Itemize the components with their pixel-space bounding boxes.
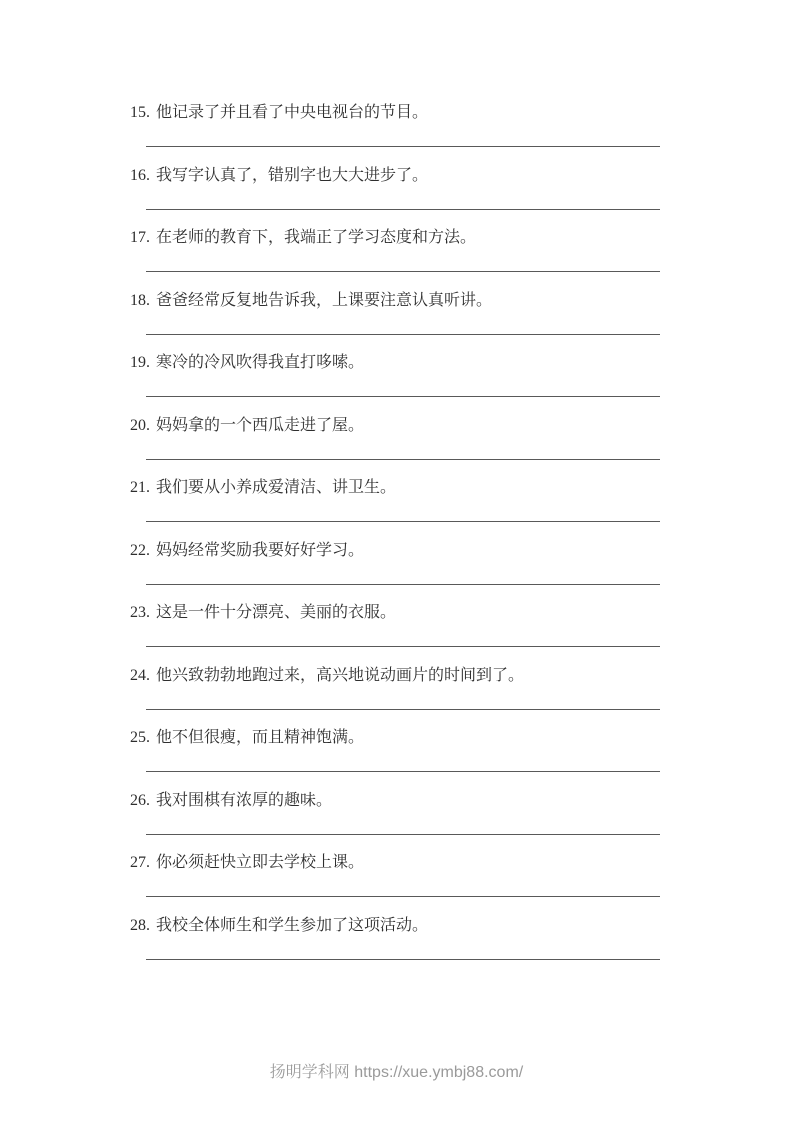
exercise-item: 19.寒冷的冷风吹得我直打哆嗦。 xyxy=(0,353,793,416)
item-number: 25. xyxy=(130,729,150,746)
item-sentence: 妈妈经常奖励我要好好学习。 xyxy=(156,542,364,559)
exercise-item: 20.妈妈拿的一个西瓜走进了屋。 xyxy=(0,416,793,479)
item-sentence: 我校全体师生和学生参加了这项活动。 xyxy=(156,917,428,934)
sentence-text: 21.我们要从小养成爱清洁、讲卫生。 xyxy=(130,478,396,498)
item-number: 21. xyxy=(130,479,150,496)
item-number: 20. xyxy=(130,417,150,434)
item-number: 15. xyxy=(130,104,150,121)
answer-blank-line xyxy=(146,771,660,772)
sentence-text: 25.他不但很瘦，而且精神饱满。 xyxy=(130,728,364,748)
exercise-item: 22.妈妈经常奖励我要好好学习。 xyxy=(0,541,793,604)
exercise-item: 24.他兴致勃勃地跑过来，高兴地说动画片的时间到了。 xyxy=(0,666,793,729)
exercise-item: 26.我对围棋有浓厚的趣味。 xyxy=(0,791,793,854)
item-number: 27. xyxy=(130,854,150,871)
sentence-text: 23.这是一件十分漂亮、美丽的衣服。 xyxy=(130,603,396,623)
item-sentence: 妈妈拿的一个西瓜走进了屋。 xyxy=(156,417,364,434)
answer-blank-line xyxy=(146,896,660,897)
item-number: 22. xyxy=(130,542,150,559)
item-number: 19. xyxy=(130,354,150,371)
exercise-item: 28.我校全体师生和学生参加了这项活动。 xyxy=(0,916,793,979)
sentence-text: 18.爸爸经常反复地告诉我，上课要注意认真听讲。 xyxy=(130,291,492,311)
item-sentence: 他记录了并且看了中央电视台的节目。 xyxy=(156,104,428,121)
sentence-text: 15.他记录了并且看了中央电视台的节目。 xyxy=(130,103,428,123)
sentence-text: 27.你必须赶快立即去学校上课。 xyxy=(130,853,364,873)
sentence-text: 19.寒冷的冷风吹得我直打哆嗦。 xyxy=(130,353,364,373)
item-sentence: 他不但很瘦，而且精神饱满。 xyxy=(156,729,364,746)
sentence-text: 22.妈妈经常奖励我要好好学习。 xyxy=(130,541,364,561)
item-number: 23. xyxy=(130,604,150,621)
exercise-item: 16.我写字认真了，错别字也大大进步了。 xyxy=(0,166,793,229)
exercise-item: 18.爸爸经常反复地告诉我，上课要注意认真听讲。 xyxy=(0,291,793,354)
answer-blank-line xyxy=(146,209,660,210)
sentence-text: 26.我对围棋有浓厚的趣味。 xyxy=(130,791,332,811)
item-number: 16. xyxy=(130,167,150,184)
exercise-item: 15.他记录了并且看了中央电视台的节目。 xyxy=(0,103,793,166)
worksheet-page: 15.他记录了并且看了中央电视台的节目。 16.我写字认真了，错别字也大大进步了… xyxy=(0,0,793,1122)
item-sentence: 他兴致勃勃地跑过来，高兴地说动画片的时间到了。 xyxy=(156,667,524,684)
item-sentence: 我对围棋有浓厚的趣味。 xyxy=(156,792,332,809)
exercise-item: 17.在老师的教育下，我端正了学习态度和方法。 xyxy=(0,228,793,291)
footer-site-url: https://xue.ymbj88.com/ xyxy=(354,1064,523,1081)
answer-blank-line xyxy=(146,709,660,710)
item-sentence: 你必须赶快立即去学校上课。 xyxy=(156,854,364,871)
sentence-text: 24.他兴致勃勃地跑过来，高兴地说动画片的时间到了。 xyxy=(130,666,524,686)
item-sentence: 我写字认真了，错别字也大大进步了。 xyxy=(156,167,428,184)
answer-blank-line xyxy=(146,146,660,147)
answer-blank-line xyxy=(146,959,660,960)
exercise-item: 27.你必须赶快立即去学校上课。 xyxy=(0,853,793,916)
item-sentence: 寒冷的冷风吹得我直打哆嗦。 xyxy=(156,354,364,371)
exercise-item: 21.我们要从小养成爱清洁、讲卫生。 xyxy=(0,478,793,541)
answer-blank-line xyxy=(146,396,660,397)
item-number: 24. xyxy=(130,667,150,684)
footer-site-name: 扬明学科网 xyxy=(270,1064,350,1081)
footer-watermark: 扬明学科网 https://xue.ymbj88.com/ xyxy=(0,1062,793,1084)
sentence-text: 20.妈妈拿的一个西瓜走进了屋。 xyxy=(130,416,364,436)
item-number: 28. xyxy=(130,917,150,934)
item-sentence: 我们要从小养成爱清洁、讲卫生。 xyxy=(156,479,396,496)
item-number: 18. xyxy=(130,292,150,309)
answer-blank-line xyxy=(146,584,660,585)
item-sentence: 这是一件十分漂亮、美丽的衣服。 xyxy=(156,604,396,621)
answer-blank-line xyxy=(146,271,660,272)
item-sentence: 爸爸经常反复地告诉我，上课要注意认真听讲。 xyxy=(156,292,492,309)
exercise-item: 25.他不但很瘦，而且精神饱满。 xyxy=(0,728,793,791)
item-number: 17. xyxy=(130,229,150,246)
exercise-list: 15.他记录了并且看了中央电视台的节目。 16.我写字认真了，错别字也大大进步了… xyxy=(0,103,793,978)
answer-blank-line xyxy=(146,834,660,835)
answer-blank-line xyxy=(146,646,660,647)
answer-blank-line xyxy=(146,334,660,335)
answer-blank-line xyxy=(146,459,660,460)
exercise-item: 23.这是一件十分漂亮、美丽的衣服。 xyxy=(0,603,793,666)
answer-blank-line xyxy=(146,521,660,522)
sentence-text: 17.在老师的教育下，我端正了学习态度和方法。 xyxy=(130,228,476,248)
item-sentence: 在老师的教育下，我端正了学习态度和方法。 xyxy=(156,229,476,246)
sentence-text: 16.我写字认真了，错别字也大大进步了。 xyxy=(130,166,428,186)
item-number: 26. xyxy=(130,792,150,809)
sentence-text: 28.我校全体师生和学生参加了这项活动。 xyxy=(130,916,428,936)
